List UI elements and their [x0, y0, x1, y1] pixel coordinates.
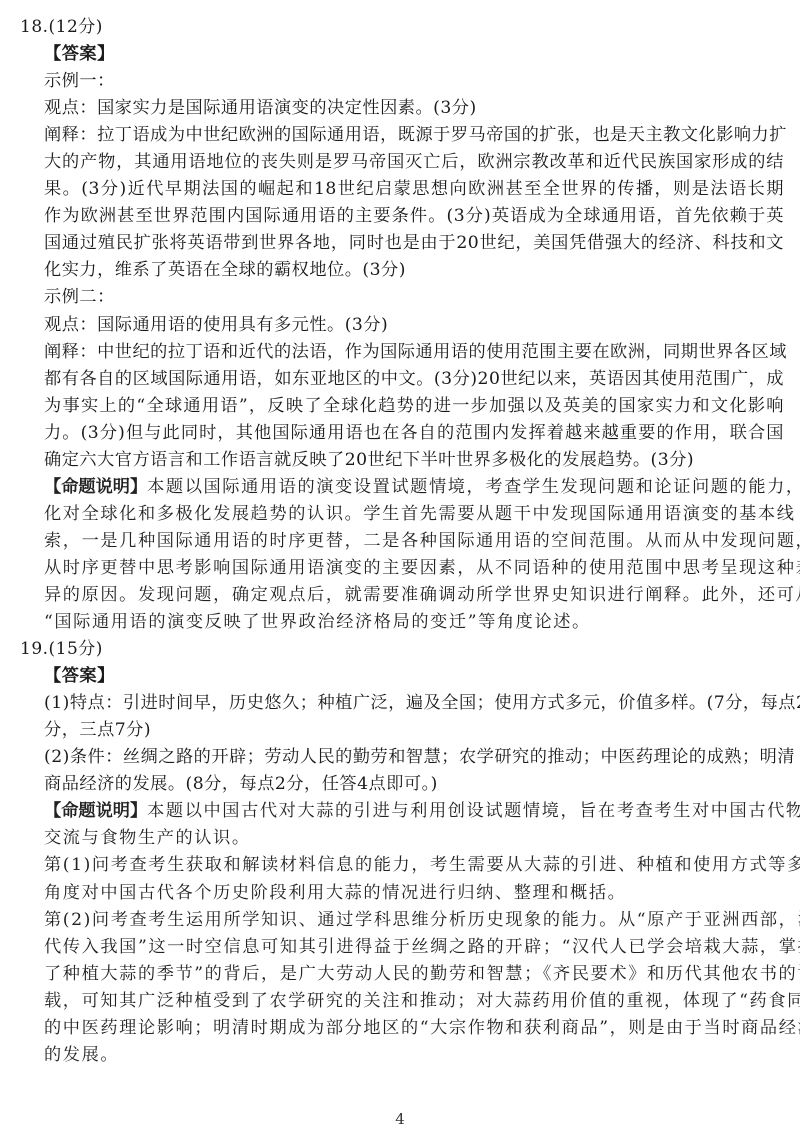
design-note-line: 异的原因。发现问题，确定观点后，就需要准确调动所学世界史知识进行阐释。此外，还可… [44, 582, 784, 609]
example-1-explanation-line: 阐释：拉丁语成为中世纪欧洲的国际通用语，既源于罗马帝国的扩张，也是天主教文化影响… [44, 122, 784, 149]
answer-label: 【答案】 [44, 663, 784, 690]
design-note-line: 角度对中国古代各个历史阶段利用大蒜的情况进行归纳、整理和概括。 [44, 880, 784, 907]
example-1-explanation-line: 化实力，维系了英语在全球的霸权地位。(3分) [44, 257, 784, 284]
design-note-line: 【命题说明】本题以中国古代对大蒜的引进与利用创设试题情境，旨在考查考生对中国古代… [44, 798, 784, 825]
design-note-text: 本题以中国古代对大蒜的引进与利用创设试题情境，旨在考查考生对中国古代物种 [147, 801, 800, 821]
design-note-line: 的中医药理论影响；明清时期成为部分地区的“大宗作物和获利商品”，则是由于当时商品… [44, 1015, 784, 1042]
example-2-explanation-line: 阐释：中世纪的拉丁语和近代的法语，作为国际通用语的使用范围主要在欧洲，同期世界各… [44, 339, 784, 366]
example-2-explanation-line: 力。(3分)但与此同时，其他国际通用语也在各自的范围内发挥着越来越重要的作用，联… [44, 420, 784, 447]
design-note-line: 代传入我国”这一时空信息可知其引进得益于丝绸之路的开辟；“汉代人已学会培栽大蒜，… [44, 934, 784, 961]
example-2-title: 示例二： [44, 284, 784, 311]
page-number: 4 [0, 1110, 800, 1128]
design-note-line: “国际通用语的演变反映了世界政治经济格局的变迁”等角度论述。 [44, 609, 784, 636]
question-18-header: 18.(12分) [20, 14, 760, 41]
design-note-line: 化对全球化和多极化发展趋势的认识。学生首先需要从题干中发现国际通用语演变的基本线 [44, 501, 784, 528]
design-note-line: 的发展。 [44, 1042, 784, 1069]
question-19-header: 19.(15分) [20, 636, 760, 663]
answer-line: 分，三点7分) [44, 717, 784, 744]
design-note-line: 第(2)问考查考生运用所学知识、通过学科思维分析历史现象的能力。从“原产于亚洲西… [44, 907, 784, 934]
answer-line: 商品经济的发展。(8分，每点2分，任答4点即可。) [44, 771, 784, 798]
example-2-explanation-line: 为事实上的“全球通用语”，反映了全球化趋势的进一步加强以及英美的国家实力和文化影… [44, 393, 784, 420]
design-note-text: 本题以国际通用语的演变设置试题情境，考查学生发现问题和论证问题的能力，深 [147, 477, 800, 497]
answer-line: (1)特点：引进时间早，历史悠久；种植广泛，遍及全国；使用方式多元，价值多样。(… [44, 690, 784, 717]
example-1-explanation-line: 大的产物，其通用语地位的丧失则是罗马帝国灭亡后，欧洲宗教改革和近代民族国家形成的… [44, 149, 784, 176]
example-1-explanation-line: 果。(3分)近代早期法国的崛起和18世纪启蒙思想向欧洲甚至全世界的传播，则是法语… [44, 176, 784, 203]
design-note-line: 【命题说明】本题以国际通用语的演变设置试题情境，考查学生发现问题和论证问题的能力… [44, 474, 784, 501]
design-note-label: 【命题说明】 [44, 801, 147, 821]
example-1-explanation-line: 国通过殖民扩张将英语带到世界各地，同时也是由于20世纪，美国凭借强大的经济、科技… [44, 230, 784, 257]
example-2-viewpoint: 观点：国际通用语的使用具有多元性。(3分) [44, 312, 784, 339]
example-2-explanation-line: 都有各自的区域国际通用语，如东亚地区的中文。(3分)20世纪以来，英语因其使用范… [44, 366, 784, 393]
example-1-viewpoint: 观点：国家实力是国际通用语演变的决定性因素。(3分) [44, 95, 784, 122]
design-note-line: 载，可知其广泛种植受到了农学研究的关注和推动；对大蒜药用价值的重视，体现了“药食… [44, 988, 784, 1015]
example-2-explanation-line: 确定六大官方语言和工作语言就反映了20世纪下半叶世界多极化的发展趋势。(3分) [44, 447, 784, 474]
example-1-explanation-line: 作为欧洲甚至世界范围内国际通用语的主要条件。(3分)英语成为全球通用语，首先依赖… [44, 203, 784, 230]
design-note-line: 了种植大蒜的季节”的背后，是广大劳动人民的勤劳和智慧；《齐民要术》和历代其他农书… [44, 961, 784, 988]
design-note-line: 交流与食物生产的认识。 [44, 825, 784, 852]
design-note-label: 【命题说明】 [44, 477, 147, 497]
answer-line: (2)条件：丝绸之路的开辟；劳动人民的勤劳和智慧；农学研究的推动；中医药理论的成… [44, 744, 784, 771]
design-note-line: 索，一是几种国际通用语的时序更替，二是各种国际通用语的空间范围。从而从中发现问题… [44, 528, 784, 555]
example-1-title: 示例一： [44, 68, 784, 95]
answer-page: 18.(12分) 【答案】 示例一： 观点：国家实力是国际通用语演变的决定性因素… [0, 14, 800, 1069]
design-note-line: 从时序更替中思考影响国际通用语演变的主要因素，从不同语种的使用范围中思考呈现这种… [44, 555, 784, 582]
answer-label: 【答案】 [44, 41, 784, 68]
design-note-line: 第(1)问考查考生获取和解读材料信息的能力，考生需要从大蒜的引进、种植和使用方式… [44, 852, 784, 879]
